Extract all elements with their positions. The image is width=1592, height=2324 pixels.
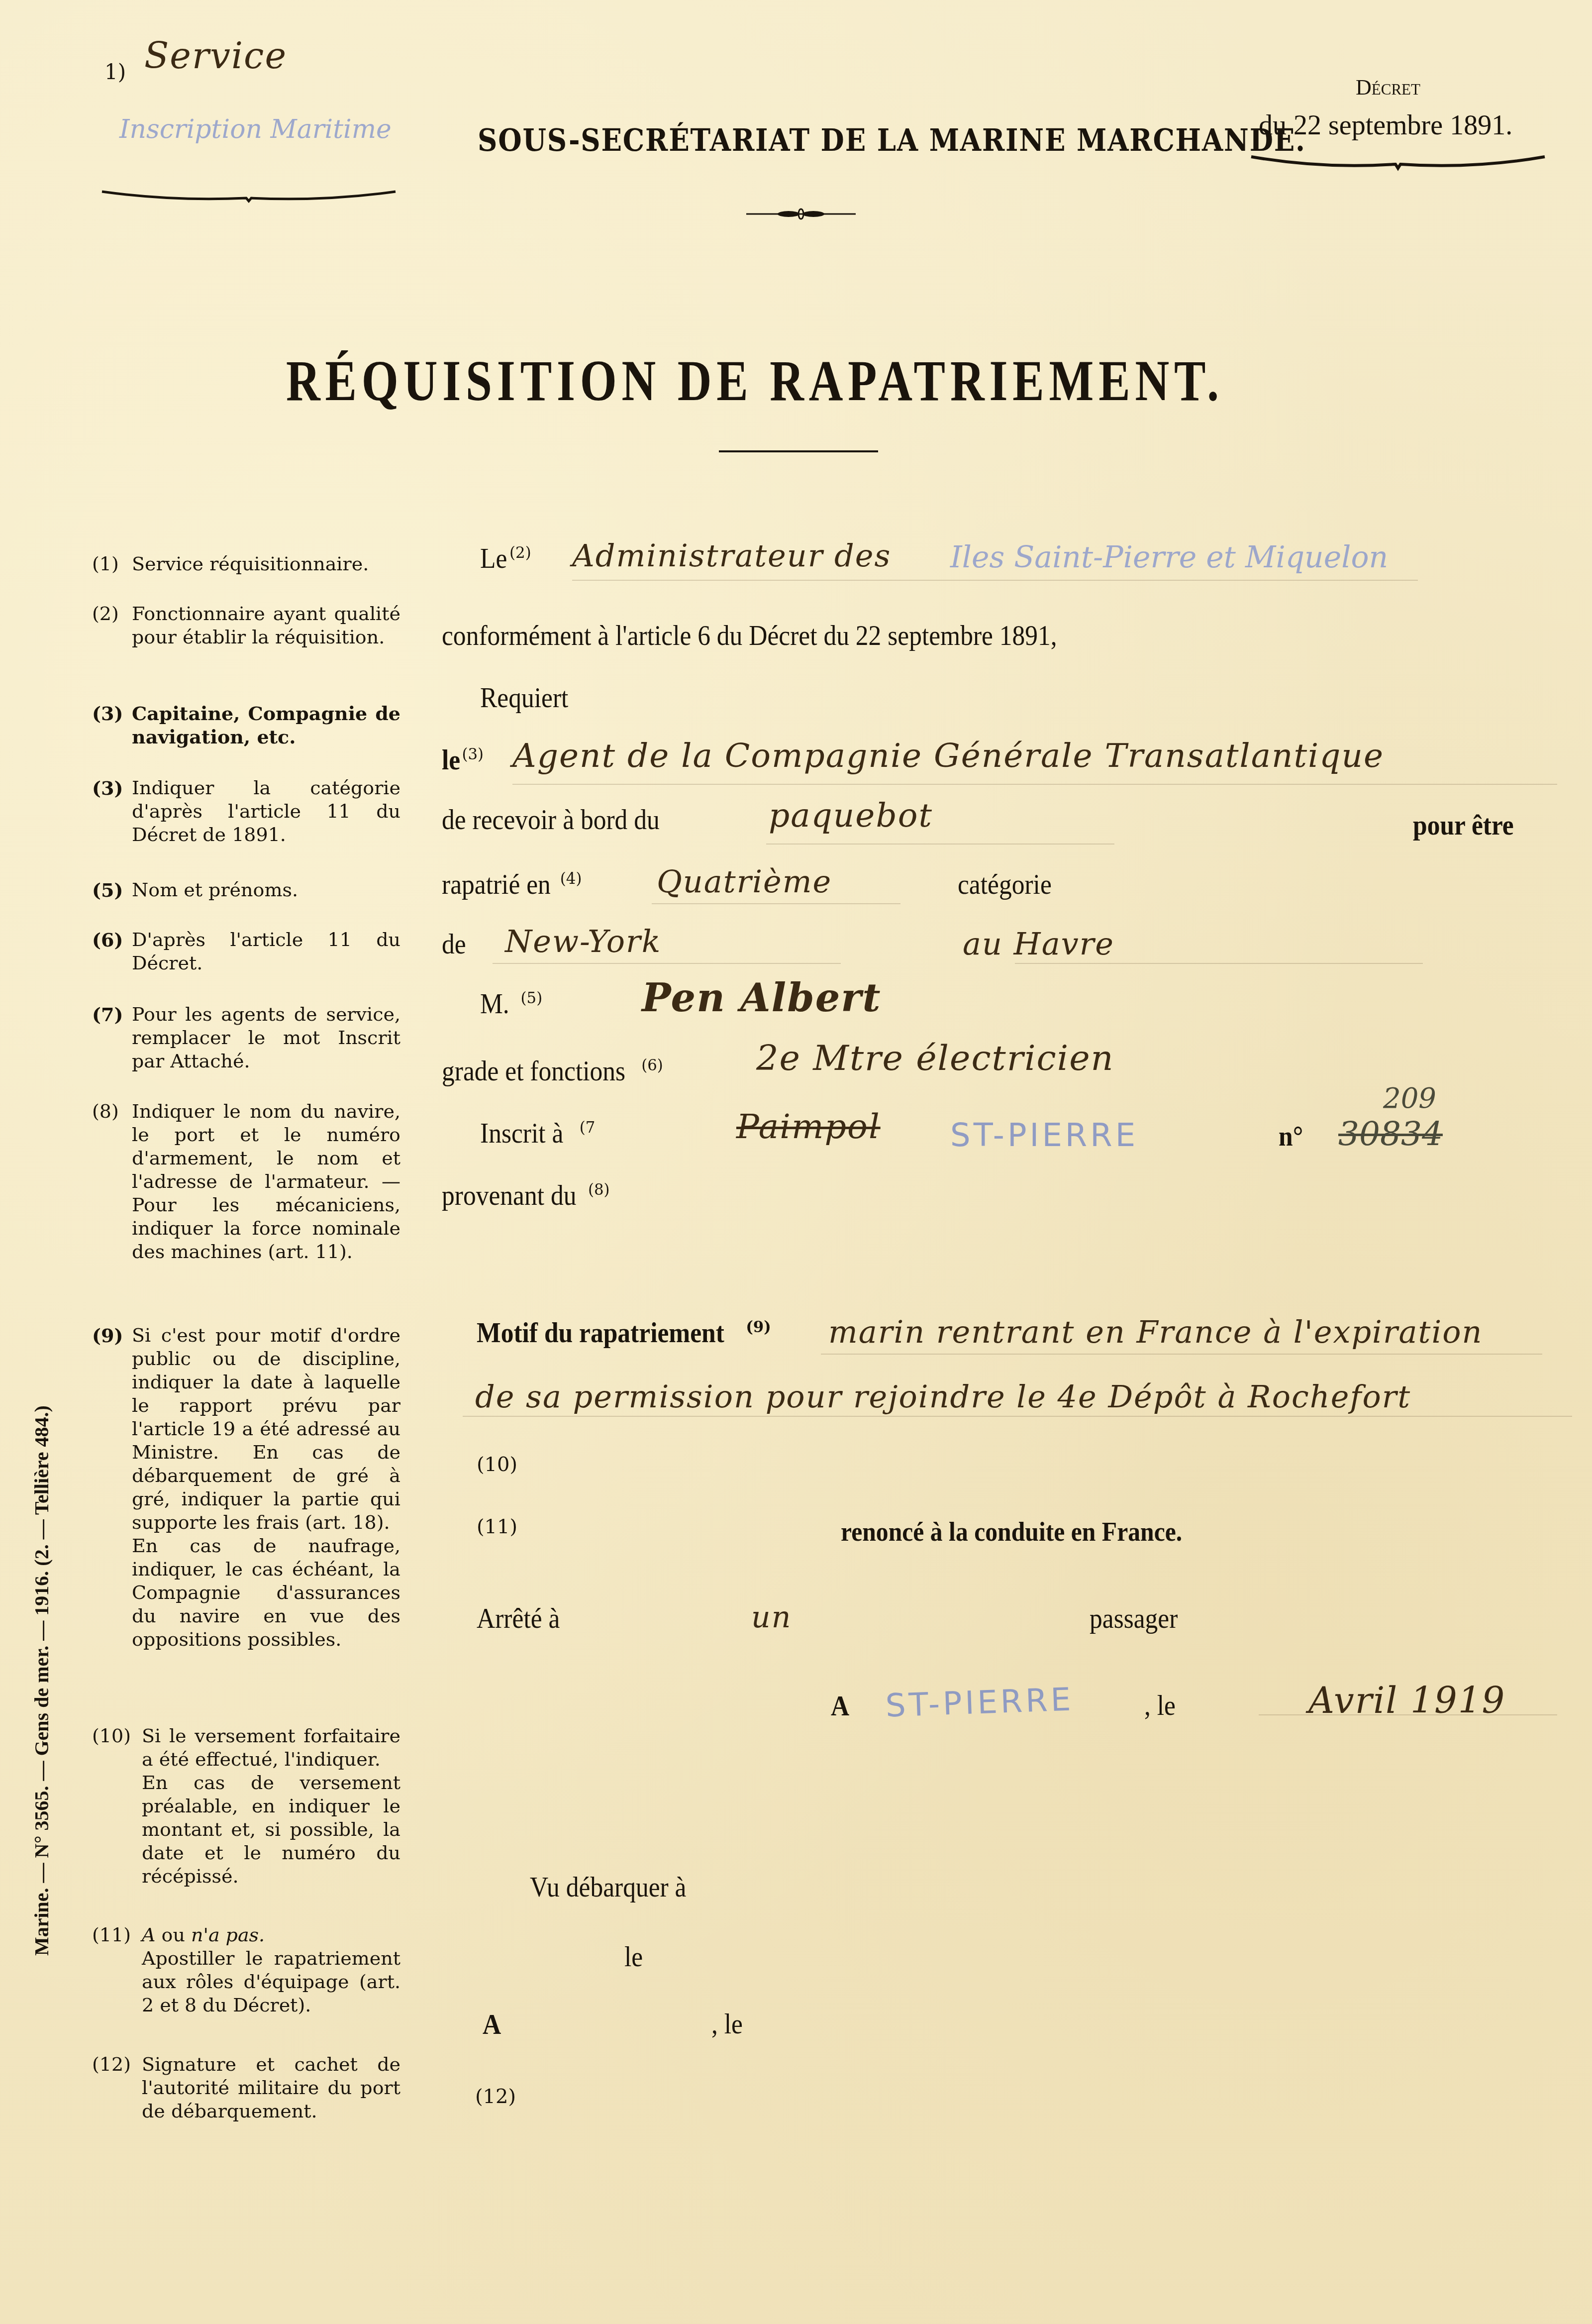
note-12: (12) Signature et cachet de l'autorité m… (92, 2053, 400, 2123)
field-m: M. (5) (480, 988, 542, 1020)
note-number: (11) (92, 1923, 131, 1947)
iles-saint-pierre-stamp: Iles Saint-Pierre et Miquelon (950, 540, 1388, 575)
note10-marker-label: (10) (477, 1453, 517, 1476)
note-number: (7) (92, 1003, 123, 1026)
note-text: Pour les agents de service, remplacer le… (92, 1003, 400, 1073)
fill-line (1259, 1714, 1557, 1715)
fill-line (1015, 963, 1423, 964)
rapatrie-sup: (4) (560, 870, 582, 888)
inscription-maritime-stamp: Inscription Maritime (119, 114, 392, 144)
vu-le: le (624, 1941, 644, 1973)
field-motif: Motif du rapatriement(9) (477, 1316, 771, 1349)
rapatrie-value[interactable]: Quatrième (657, 863, 832, 900)
field-rapatrie: rapatrié en(4) (442, 868, 582, 901)
categorie-label: catégorie (958, 869, 1052, 901)
fill-line (512, 784, 1557, 785)
grade-sup: (6) (641, 1056, 663, 1074)
fill-line (463, 1416, 1572, 1417)
ornament-divider-icon (99, 189, 398, 204)
note-6: (6) D'après l'article 11 du Décret. (92, 928, 400, 975)
note-5: (5) Nom et prénoms. (92, 878, 400, 902)
renonce-struck: renoncé à la conduite en France. (841, 1515, 1212, 1547)
conformement-label: conformément à l'article 6 du Décret du … (442, 620, 1057, 652)
agent-label: le (442, 744, 460, 776)
pour-etre-text: pour être (1413, 809, 1522, 842)
rapatrie-label: rapatrié en (442, 869, 551, 901)
note-text-continued: En cas de versement préalable, en indiqu… (92, 1771, 400, 1888)
note-text: Signature et cachet de l'autorité milita… (92, 2053, 400, 2123)
note-text: Capitaine, Compagnie de navigation, etc. (92, 702, 400, 748)
footnote-marker-1: 1) (104, 60, 126, 84)
grade-label: grade et fonctions (442, 1056, 625, 1087)
requiert-label: Requiert (480, 682, 568, 714)
requiert-text: Requiert (480, 682, 576, 714)
provenant-label: provenant du (442, 1180, 576, 1212)
field-provenant: provenant du(8) (442, 1179, 610, 1212)
note-text: D'après l'article 11 du Décret. (92, 928, 400, 975)
note-11: (11) A ou n'a pas. Apostiller le rapatri… (92, 1923, 400, 2017)
inscrit-sup: (7 (580, 1119, 596, 1137)
note-8: (8) Indiquer le nom du navire, le port e… (92, 1100, 400, 1264)
vu-debarquer-label: Vu débarquer à (530, 1872, 686, 1903)
field-bord: de recevoir à bord du (442, 804, 679, 836)
no-label: n° (1279, 1121, 1303, 1153)
de-label: de (442, 929, 466, 960)
vu-le-2: , le (711, 2008, 745, 2040)
note-number: (12) (92, 2053, 131, 2076)
renonce-label: renoncé à la conduite en France. (841, 1516, 1182, 1547)
note-number: (6) (92, 928, 123, 951)
le-date-label: , le (1144, 1690, 1178, 1722)
note-number: (1) (92, 552, 119, 576)
le-label: Le (480, 543, 507, 575)
note-number: (10) (92, 1724, 131, 1748)
ornament-divider-icon (1249, 154, 1547, 174)
passager-text: passager (1090, 1602, 1186, 1635)
note-text-a: A (142, 1924, 155, 1946)
fill-line (493, 963, 841, 964)
inscrit-value-struck: Paimpol (736, 1107, 881, 1147)
m-sup: (5) (521, 989, 543, 1007)
note-text: Nom et prénoms. (92, 878, 400, 902)
motif-label: Motif du rapatriement (477, 1317, 724, 1349)
note-7: (7) Pour les agents de service, remplace… (92, 1003, 400, 1073)
note-2: (2) Fonctionnaire ayant qualité pour éta… (92, 602, 400, 649)
note-10: (10) Si le versement forfaitaire a été e… (92, 1724, 400, 1888)
field-grade: grade et fonctions(6) (442, 1055, 663, 1087)
note-number: (3) (92, 776, 123, 800)
le-value[interactable]: Administrateur des (572, 537, 891, 574)
decret-date: du 22 septembre 1891. (1259, 109, 1512, 141)
service-handwritten: Service (144, 35, 287, 77)
note-text: Service réquisitionnaire. (92, 552, 400, 576)
agent-sup: (3) (462, 745, 484, 763)
motif-line-2[interactable]: de sa permission pour rejoindre le 4e Dé… (475, 1378, 1411, 1415)
m-label: M. (480, 988, 509, 1020)
fill-line (652, 903, 900, 904)
note-text: Indiquer la catégorie d'après l'article … (92, 776, 400, 846)
note-text: Indiquer le nom du navire, le port et le… (92, 1100, 400, 1264)
provenant-sup: (8) (588, 1181, 610, 1199)
print-reference: Marine. — N° 3565. — Gens de mer. — 1916… (30, 1239, 53, 1956)
numero-value[interactable]: 209 (1383, 1082, 1436, 1115)
inscrit-label: Inscrit à (480, 1118, 563, 1150)
field-de: de (442, 928, 468, 960)
authority-heading: SOUS-SECRÉTARIAT DE LA MARINE MARCHANDE. (478, 122, 1306, 158)
agent-value[interactable]: Agent de la Compagnie Générale Transatla… (512, 737, 1384, 775)
m-value[interactable]: Pen Albert (642, 975, 882, 1021)
vu-le2-label: , le (711, 2008, 743, 2040)
arrete-value[interactable]: un (751, 1600, 792, 1635)
st-pierre-stamp: ST-PIERRE (950, 1117, 1138, 1154)
note-number: (5) (92, 878, 123, 902)
motif-line-1[interactable]: marin rentrant en France à l'expiration (828, 1314, 1483, 1350)
field-inscrit: Inscrit à (7 (480, 1117, 595, 1150)
note-9: (9) Si c'est pour motif d'ordre public o… (92, 1324, 400, 1651)
vu-le-label: le (624, 1941, 643, 1973)
vu-a: A (483, 2008, 502, 2041)
note-number: (9) (92, 1324, 123, 1347)
note-3a: (3) Capitaine, Compagnie de navigation, … (92, 702, 400, 748)
note-text-napas: n'a pas. (191, 1924, 265, 1946)
note-10-marker: (10) (477, 1453, 517, 1476)
note11-marker-label: (11) (477, 1515, 517, 1538)
de-value[interactable]: New-York (505, 923, 661, 959)
note-text: Si c'est pour motif d'ordre public ou de… (92, 1324, 400, 1534)
numero-label: n° (1279, 1120, 1305, 1153)
bord-label: de recevoir à bord du (442, 804, 660, 836)
numero-value-struck: 30834 (1338, 1115, 1443, 1153)
ornament-flourish-icon (744, 207, 858, 221)
a-label: A (831, 1690, 851, 1722)
note-text-continued: En cas de naufrage, indiquer, le cas éch… (92, 1534, 400, 1651)
note12-marker-label: (12) (475, 2085, 516, 2108)
bord-value[interactable]: paquebot (769, 796, 933, 835)
note-text-ou: ou (155, 1924, 191, 1946)
note-1: (1) Service réquisitionnaire. (92, 552, 400, 576)
categorie-text: catégorie (958, 868, 1060, 901)
note-text: Si le versement forfaitaire a été effect… (92, 1724, 400, 1771)
field-arrete: Arrêté à (477, 1602, 567, 1635)
arrete-label: Arrêté à (477, 1603, 560, 1635)
vu-debarquer: Vu débarquer à (530, 1871, 700, 1903)
grade-value[interactable]: 2e Mtre électricien (756, 1038, 1114, 1078)
decret-label: Décret (1356, 75, 1420, 100)
field-agent: le(3) (442, 744, 484, 776)
field-le-administrateur: Le(2) (480, 542, 531, 575)
fill-line (821, 1354, 1542, 1355)
st-pierre-stamp-date: ST-PIERRE (885, 1681, 1075, 1724)
au-value[interactable]: au Havre (963, 926, 1114, 962)
note-3b: (3) Indiquer la catégorie d'après l'arti… (92, 776, 400, 846)
passager-label: passager (1090, 1603, 1178, 1635)
title-rule (719, 450, 878, 452)
a-label-text: A (831, 1690, 849, 1722)
note-number: (3) (92, 702, 123, 725)
le-date-label-text: , le (1144, 1690, 1176, 1722)
vu-a-label: A (483, 2009, 501, 2041)
fill-line (572, 580, 1418, 581)
note-11-marker: (11) (477, 1515, 517, 1538)
note-number: (2) (92, 602, 119, 626)
le-sup: (2) (509, 544, 531, 562)
fill-line (766, 844, 1114, 845)
conformement-text: conformément à l'article 6 du Décret du … (442, 620, 1110, 652)
pour-etre-label: pour être (1413, 810, 1514, 842)
note-number: (8) (92, 1100, 119, 1123)
note-12-marker: (12) (475, 2085, 516, 2108)
page-title: RÉQUISITION DE RAPATRIEMENT. (286, 348, 1224, 415)
note-text: Fonctionnaire ayant qualité pour établir… (92, 602, 400, 649)
note-text-continued: Apostiller le rapatriement aux rôles d'é… (92, 1947, 400, 2017)
motif-sup: (9) (746, 1318, 771, 1336)
